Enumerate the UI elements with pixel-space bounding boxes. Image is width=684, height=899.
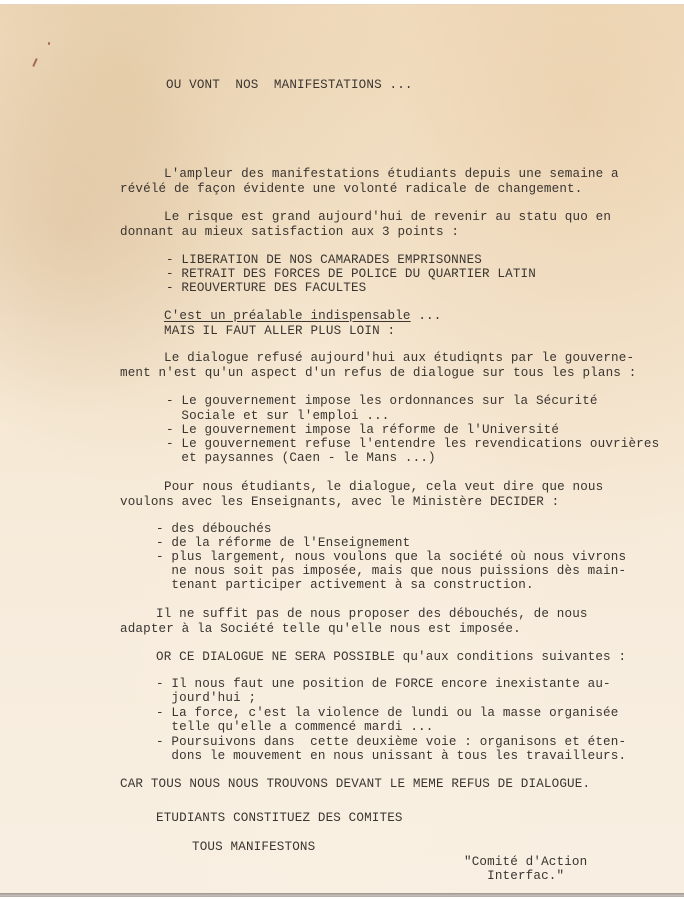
- signature-line-1: "Comité d'Action: [464, 855, 587, 870]
- paragraph-1-line-1: L'ampleur des manifestations étudiants d…: [164, 167, 619, 182]
- paragraph-4-line-1: Pour nous étudiants, le dialogue, cela v…: [164, 480, 603, 495]
- paragraph-4-line-2: voulons avec les Enseignants, avec le Mi…: [120, 495, 559, 510]
- paragraph-5-line-1: Il ne suffit pas de nous proposer des dé…: [156, 607, 588, 622]
- document-title: OU VONT NOS MANIFESTATIONS ...: [166, 78, 413, 93]
- decide-list-item: - des débouchés: [156, 522, 272, 537]
- conditions-list-item: jourd'hui ;: [156, 691, 256, 706]
- government-list-item: - Le gouvernement impose la réforme de l…: [166, 423, 559, 438]
- decide-list-item: tenant participer activement à sa constr…: [156, 578, 534, 593]
- paper-bottom-edge: [0, 893, 684, 896]
- paragraph-2-line-2: donnant au mieux satisfaction aux 3 poin…: [120, 225, 459, 240]
- paragraph-2-line-1: Le risque est grand aujourd'hui de reven…: [164, 210, 611, 225]
- decide-list-item: ne nous soit pas imposée, mais que nous …: [156, 564, 626, 579]
- decide-list-item: - plus largement, nous voulons que la so…: [156, 550, 626, 565]
- government-list-item: - Le gouvernement refuse l'entendre les …: [166, 437, 659, 452]
- demand-item: - LIBERATION DE NOS CAMARADES EMPRISONNE…: [166, 253, 482, 268]
- government-list-item: - Le gouvernement impose les ordonnances…: [166, 394, 598, 409]
- signature-line-2: Interfac.": [464, 869, 564, 884]
- prerequisite-ellipsis: ...: [411, 309, 442, 323]
- ink-speck: [48, 42, 50, 45]
- conditions-list-item: - Poursuivons dans cette deuxième voie :…: [156, 735, 626, 750]
- government-list-item: Sociale et sur l'emploi ...: [166, 409, 390, 424]
- paragraph-3-line-1: Le dialogue refusé aujourd'hui aux étudi…: [164, 351, 634, 366]
- demand-item: - REOUVERTURE DES FACULTES: [166, 281, 366, 296]
- paragraph-5-line-2: adapter à la Société telle qu'elle nous …: [120, 622, 521, 637]
- prerequisite-underlined: C'est un préalable indispensable: [164, 309, 411, 323]
- conditions-list-item: telle qu'elle a commencé mardi ...: [156, 720, 433, 735]
- prerequisite-line: C'est un préalable indispensable ...: [164, 309, 441, 324]
- decide-list-item: - de la réforme de l'Enseignement: [156, 536, 410, 551]
- demand-item: - RETRAIT DES FORCES DE POLICE DU QUARTI…: [166, 267, 536, 282]
- prerequisite-line-2: MAIS IL FAUT ALLER PLUS LOIN :: [164, 324, 395, 339]
- conditions-list-item: - Il nous faut une position de FORCE enc…: [156, 677, 611, 692]
- paragraph-1-line-2: révélé de façon évidente une volonté rad…: [120, 182, 582, 197]
- conditions-list-item: dons le mouvement en nous unissant à tou…: [156, 749, 626, 764]
- conditions-list-item: - La force, c'est la violence de lundi o…: [156, 706, 618, 721]
- conditions-intro: OR CE DIALOGUE NE SERA POSSIBLE qu'aux c…: [156, 650, 626, 665]
- government-list-item: et paysannes (Caen - le Mans ...): [166, 451, 436, 466]
- paragraph-3-line-2: ment n'est qu'un aspect d'un refus de di…: [120, 366, 636, 381]
- slogan-demonstrate: TOUS MANIFESTONS: [192, 840, 315, 855]
- slogan-committees: ETUDIANTS CONSTITUEZ DES COMITES: [156, 811, 403, 826]
- conclusion: CAR TOUS NOUS NOUS TROUVONS DEVANT LE ME…: [120, 777, 590, 792]
